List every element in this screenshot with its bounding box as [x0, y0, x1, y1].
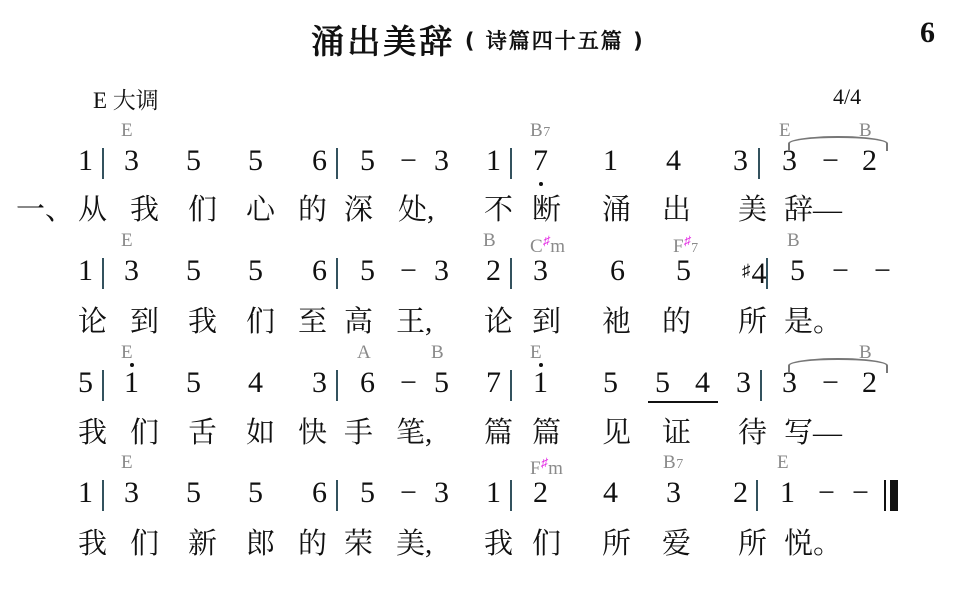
- note: 5: [360, 256, 375, 286]
- note: 3: [666, 478, 681, 508]
- note: 5: [186, 478, 201, 508]
- chord-label: B: [483, 231, 496, 250]
- chord-text: C: [530, 236, 543, 257]
- chord-text: E: [530, 342, 542, 363]
- lyric-syllable: 悦。: [784, 528, 842, 560]
- barline: [102, 370, 104, 401]
- note: 5: [655, 368, 670, 398]
- lyric-syllable: 郎: [246, 528, 275, 560]
- chord-text: E: [779, 120, 791, 141]
- note: 1: [780, 478, 795, 508]
- lyric-syllable: 辞—: [784, 194, 842, 226]
- dash-note: −: [400, 256, 417, 286]
- lyric-syllable: 至: [298, 306, 327, 338]
- dash-note: −: [400, 368, 417, 398]
- dash-note: −: [832, 256, 849, 286]
- chord-text: A: [357, 342, 371, 363]
- lyric-syllable: 我: [130, 194, 159, 226]
- note: 4: [248, 368, 263, 398]
- chord-text: F: [673, 236, 684, 257]
- note: 3: [434, 256, 449, 286]
- barline: [510, 480, 512, 511]
- chord-label: B7: [663, 453, 684, 474]
- lyric-syllable: 深: [344, 194, 373, 226]
- note: 5: [248, 256, 263, 286]
- note: 4: [666, 146, 681, 176]
- note: 5: [360, 478, 375, 508]
- note: 5: [248, 478, 263, 508]
- lyric-syllable: 篇: [532, 417, 561, 449]
- chord-text: 7: [691, 241, 699, 256]
- barline: [102, 480, 104, 511]
- barline: [336, 480, 338, 511]
- final-barline: [884, 480, 886, 511]
- lyric-syllable: 所: [602, 528, 631, 560]
- lyric-syllable: 祂: [602, 306, 631, 338]
- chord-text: m: [548, 458, 563, 479]
- note: 3: [736, 368, 751, 398]
- lyric-syllable: 的: [298, 528, 327, 560]
- note: 5: [186, 256, 201, 286]
- lyric-syllable: 们: [130, 417, 159, 449]
- lyric-syllable: 们: [532, 528, 561, 560]
- barline: [760, 370, 762, 401]
- chord-label: E: [777, 453, 789, 472]
- lyric-syllable: 论: [78, 306, 107, 338]
- note: 3: [124, 256, 139, 286]
- note: 6: [312, 146, 327, 176]
- slur-arc: [788, 136, 888, 151]
- lyric-syllable: 我: [78, 528, 107, 560]
- note: 7: [533, 146, 548, 176]
- chord-text: E: [777, 452, 789, 473]
- note: 5: [603, 368, 618, 398]
- lyric-syllable: 新: [188, 528, 217, 560]
- lyric-syllable: 的: [662, 306, 691, 338]
- note: 6: [610, 256, 625, 286]
- note: 6: [312, 478, 327, 508]
- lyric-syllable: 不: [484, 194, 513, 226]
- note: 3: [434, 478, 449, 508]
- lyric-syllable: 到: [532, 306, 561, 338]
- chord-text: 7: [543, 125, 551, 140]
- chord-text: B: [787, 230, 800, 251]
- lyric-syllable: 所: [738, 528, 767, 560]
- chord-label: E: [530, 343, 542, 362]
- note: 5: [186, 368, 201, 398]
- dash-note: −: [400, 146, 417, 176]
- lyric-syllable: 处,: [398, 194, 434, 226]
- note: 6: [312, 256, 327, 286]
- lyric-syllable: 荣: [344, 528, 373, 560]
- lyric-syllable: 的: [298, 194, 327, 226]
- octave-dot: [539, 363, 543, 367]
- note: 6: [360, 368, 375, 398]
- chord-text: B: [431, 342, 444, 363]
- chord-text: m: [550, 236, 565, 257]
- barline: [336, 370, 338, 401]
- note: 3: [533, 256, 548, 286]
- lyric-syllable: 出: [662, 194, 691, 226]
- note: 2: [733, 478, 748, 508]
- barline: [510, 370, 512, 401]
- chord-label: E: [121, 121, 133, 140]
- barline: [102, 148, 104, 179]
- octave-dot: [539, 182, 543, 186]
- lyric-syllable: 论: [484, 306, 513, 338]
- note: 3: [434, 146, 449, 176]
- lyric-syllable: 从: [78, 194, 107, 226]
- chord-text: B: [530, 120, 543, 141]
- final-barline: [890, 480, 898, 511]
- note: 1: [78, 146, 93, 176]
- lyric-syllable: 我: [78, 417, 107, 449]
- note: 2: [533, 478, 548, 508]
- chord-label: B: [431, 343, 444, 362]
- note: 2: [486, 256, 501, 286]
- beat-underline: [648, 401, 718, 403]
- note: 3: [733, 146, 748, 176]
- lyric-syllable: 一、: [16, 194, 74, 226]
- lyric-syllable: 美,: [396, 528, 432, 560]
- barline: [336, 148, 338, 179]
- dash-note: −: [818, 478, 835, 508]
- barline: [766, 258, 768, 289]
- lyric-syllable: 到: [130, 306, 159, 338]
- barline: [756, 480, 758, 511]
- lyric-syllable: 我: [188, 306, 217, 338]
- dash-note: −: [852, 478, 869, 508]
- lyric-syllable: 篇: [484, 417, 513, 449]
- chord-text: B: [663, 452, 676, 473]
- lyric-syllable: 断: [532, 194, 561, 226]
- note: 3: [312, 368, 327, 398]
- chord-text: F: [530, 458, 541, 479]
- lyric-syllable: 见: [602, 417, 631, 449]
- note: 5: [248, 146, 263, 176]
- dash-note: −: [400, 478, 417, 508]
- chord-label: F♯7: [673, 231, 699, 258]
- chord-text: E: [121, 230, 133, 251]
- chord-text: E: [121, 120, 133, 141]
- note: 4: [695, 368, 710, 398]
- chord-label: E: [121, 231, 133, 250]
- lyric-syllable: 们: [246, 306, 275, 338]
- lyric-syllable: 所: [738, 306, 767, 338]
- lyric-syllable: 快: [298, 417, 327, 449]
- note: 1: [124, 368, 139, 398]
- note: 5: [676, 256, 691, 286]
- barline: [102, 258, 104, 289]
- lyric-syllable: 心: [246, 194, 275, 226]
- note: 1: [486, 146, 501, 176]
- slur-arc: [788, 358, 888, 373]
- lyric-syllable: 笔,: [396, 417, 432, 449]
- note: 7: [486, 368, 501, 398]
- note: 5: [78, 368, 93, 398]
- note: 1: [603, 146, 618, 176]
- lyric-syllable: 证: [662, 417, 691, 449]
- note: 1: [533, 368, 548, 398]
- chord-label: F♯m: [530, 453, 563, 478]
- chord-text: 7: [676, 457, 684, 472]
- lyric-syllable: 们: [130, 528, 159, 560]
- chord-label: E: [121, 453, 133, 472]
- lyric-syllable: 王,: [396, 306, 432, 338]
- octave-dot: [130, 363, 134, 367]
- barline: [510, 148, 512, 179]
- note: 5: [434, 368, 449, 398]
- note: 1: [486, 478, 501, 508]
- chord-label: B: [787, 231, 800, 250]
- barline: [336, 258, 338, 289]
- chord-label: C♯m: [530, 231, 565, 256]
- chord-text: B: [483, 230, 496, 251]
- note: 1: [78, 256, 93, 286]
- lyric-syllable: 如: [246, 417, 275, 449]
- note: 1: [78, 478, 93, 508]
- lyric-syllable: 美: [738, 194, 767, 226]
- note: 5: [360, 146, 375, 176]
- chord-label: B7: [530, 121, 551, 142]
- lyric-syllable: 高: [344, 306, 373, 338]
- note: 3: [124, 478, 139, 508]
- lyric-syllable: 手: [344, 417, 373, 449]
- lyric-syllable: 涌: [602, 194, 631, 226]
- dash-note: −: [874, 256, 891, 286]
- lyric-syllable: 舌: [188, 417, 217, 449]
- lyric-syllable: 是。: [784, 306, 842, 338]
- note: 5: [790, 256, 805, 286]
- chord-label: A: [357, 343, 371, 362]
- note: 4: [603, 478, 618, 508]
- chord-label: E: [779, 121, 791, 140]
- note: 5: [186, 146, 201, 176]
- accidental-sharp: ♯: [742, 261, 751, 280]
- barline: [510, 258, 512, 289]
- chord-label: E: [121, 343, 133, 362]
- lyric-syllable: 待: [738, 417, 767, 449]
- sheet-music-page: 涌出美辞 ( 诗篇四十五篇 ) 6 E 大调 4/4 13E5565−317B7…: [0, 0, 956, 593]
- lyric-syllable: 爱: [662, 528, 691, 560]
- lyric-syllable: 写—: [784, 417, 842, 449]
- lyric-syllable: 我: [484, 528, 513, 560]
- music-area: 13E5565−317B71433E−2B一、从我们心的深处,不断涌出美辞—13…: [0, 0, 956, 593]
- note: ♯4: [742, 256, 767, 289]
- lyric-syllable: 们: [188, 194, 217, 226]
- chord-text: E: [121, 342, 133, 363]
- note: 3: [124, 146, 139, 176]
- chord-text: E: [121, 452, 133, 473]
- barline: [758, 148, 760, 179]
